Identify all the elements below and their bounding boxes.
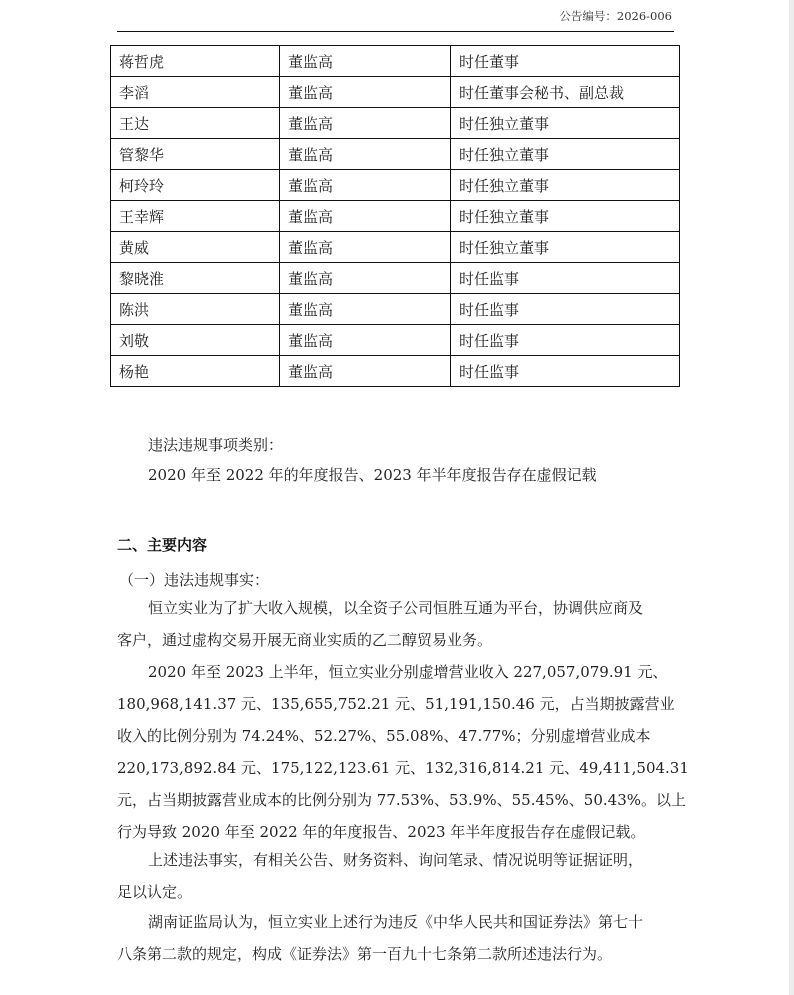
person-name-cell: 管黎华 — [111, 139, 280, 170]
paragraph-regulator-finding: 湖南证监局认为，恒立实业上述行为违反《中华人民共和国证券法》第七十 八条第二款的… — [117, 906, 677, 970]
person-position-cell: 时任监事 — [451, 356, 680, 387]
person-position-cell: 时任独立董事 — [451, 170, 680, 201]
announcement-number: 公告编号：2026-006 — [559, 8, 672, 24]
person-position-cell: 时任董事会秘书、副总裁 — [451, 77, 680, 108]
person-category-cell: 董监高 — [280, 325, 451, 356]
person-position-cell: 时任监事 — [451, 325, 680, 356]
person-category-cell: 董监高 — [280, 201, 451, 232]
text-line: 上述违法事实，有相关公告、财务资料、询问笔录、情况说明等证据证明， — [117, 844, 677, 876]
page-edge-strip — [789, 0, 794, 995]
person-position-cell: 时任独立董事 — [451, 139, 680, 170]
paragraph-inflated-figures: 2020 年至 2023 上半年，恒立实业分别虚增营业收入 227,057,07… — [117, 656, 677, 848]
persons-table: 蒋哲虎董监高时任董事李滔董监高时任董事会秘书、副总裁王达董监高时任独立董事管黎华… — [110, 45, 680, 387]
person-name-cell: 黄威 — [111, 232, 280, 263]
violation-type-value: 2020 年至 2022 年的年度报告、2023 年半年度报告存在虚假记载 — [148, 467, 597, 483]
text-line: 湖南证监局认为，恒立实业上述行为违反《中华人民共和国证券法》第七十 — [117, 906, 677, 938]
text-line: 2020 年至 2023 上半年，恒立实业分别虚增营业收入 227,057,07… — [117, 656, 677, 688]
person-position-cell: 时任监事 — [451, 263, 680, 294]
person-name-cell: 王达 — [111, 108, 280, 139]
table-row: 王达董监高时任独立董事 — [111, 108, 680, 139]
person-category-cell: 董监高 — [280, 232, 451, 263]
table-row: 黄威董监高时任独立董事 — [111, 232, 680, 263]
person-position-cell: 时任监事 — [451, 294, 680, 325]
person-category-cell: 董监高 — [280, 294, 451, 325]
person-category-cell: 董监高 — [280, 263, 451, 294]
person-category-cell: 董监高 — [280, 108, 451, 139]
table-row: 刘敬董监高时任监事 — [111, 325, 680, 356]
table-row: 王幸辉董监高时任独立董事 — [111, 201, 680, 232]
person-category-cell: 董监高 — [280, 139, 451, 170]
person-category-cell: 董监高 — [280, 77, 451, 108]
text-line: 恒立实业为了扩大收入规模，以全资子公司恒胜互通为平台，协调供应商及 — [117, 592, 677, 624]
person-category-cell: 董监高 — [280, 170, 451, 201]
table-row: 蒋哲虎董监高时任董事 — [111, 46, 680, 77]
person-category-cell: 董监高 — [280, 356, 451, 387]
section-title-main-content: 二、主要内容 — [117, 534, 207, 555]
text-line: 收入的比例分别为 74.24%、52.27%、55.08%、47.77%；分别虚… — [117, 720, 677, 752]
text-line: 元，占当期披露营业成本的比例分别为 77.53%、53.9%、55.45%、50… — [117, 784, 677, 816]
table-row: 黎晓淮董监高时任监事 — [111, 263, 680, 294]
person-position-cell: 时任独立董事 — [451, 201, 680, 232]
person-position-cell: 时任独立董事 — [451, 108, 680, 139]
person-category-cell: 董监高 — [280, 46, 451, 77]
text-line: 客户，通过虚构交易开展无商业实质的乙二醇贸易业务。 — [117, 624, 677, 656]
table-row: 管黎华董监高时任独立董事 — [111, 139, 680, 170]
text-line: 足以认定。 — [117, 876, 677, 908]
table-row: 李滔董监高时任董事会秘书、副总裁 — [111, 77, 680, 108]
person-position-cell: 时任独立董事 — [451, 232, 680, 263]
table-row: 杨艳董监高时任监事 — [111, 356, 680, 387]
person-name-cell: 杨艳 — [111, 356, 280, 387]
page-header: 公告编号：2026-006 — [117, 6, 674, 32]
text-line: 180,968,141.37 元、135,655,752.21 元、51,191… — [117, 688, 677, 720]
person-name-cell: 李滔 — [111, 77, 280, 108]
person-name-cell: 陈洪 — [111, 294, 280, 325]
person-name-cell: 黎晓淮 — [111, 263, 280, 294]
paragraph-fabricated-trade: 恒立实业为了扩大收入规模，以全资子公司恒胜互通为平台，协调供应商及 客户，通过虚… — [117, 592, 677, 656]
person-name-cell: 刘敬 — [111, 325, 280, 356]
table-row: 柯玲玲董监高时任独立董事 — [111, 170, 680, 201]
paragraph-evidence: 上述违法事实，有相关公告、财务资料、询问笔录、情况说明等证据证明， 足以认定。 — [117, 844, 677, 908]
violation-type-label: 违法违规事项类别： — [148, 437, 283, 453]
person-name-cell: 蒋哲虎 — [111, 46, 280, 77]
subsection-title-violation-facts: （一）违法违规事实： — [119, 572, 269, 588]
person-name-cell: 王幸辉 — [111, 201, 280, 232]
text-line: 八条第二款的规定，构成《证券法》第一百九十七条第二款所述违法行为。 — [117, 938, 677, 970]
table-row: 陈洪董监高时任监事 — [111, 294, 680, 325]
text-line: 220,173,892.84 元、175,122,123.61 元、132,31… — [117, 752, 677, 784]
person-name-cell: 柯玲玲 — [111, 170, 280, 201]
person-position-cell: 时任董事 — [451, 46, 680, 77]
